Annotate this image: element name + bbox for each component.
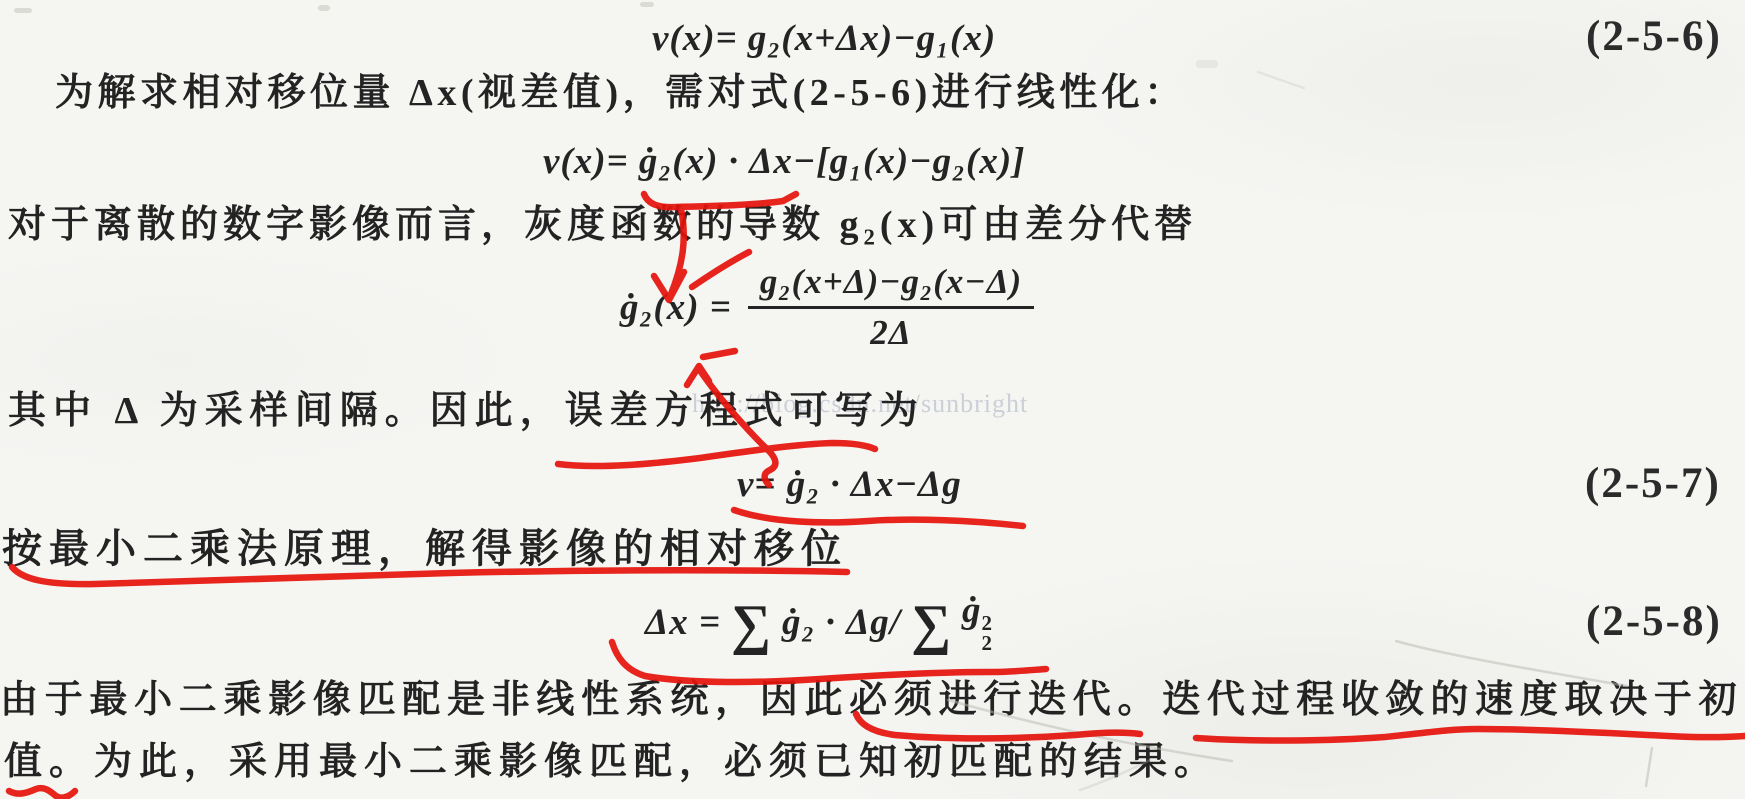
red-arrow-flick	[692, 252, 749, 287]
scanned-textbook-page: { "page": { "ink_color": "#242424", "red…	[0, 0, 1745, 799]
red-underline-least-squares-line	[12, 567, 847, 584]
red-arrow-diagonal	[699, 369, 775, 485]
red-underline-initial-value-char	[9, 788, 75, 798]
red-underline-convergence-speed	[1196, 729, 1745, 741]
scan-speckle	[318, 5, 330, 11]
red-pen-annotation-layer	[0, 0, 1745, 799]
red-underline-error-equation-text	[558, 443, 875, 466]
scan-speckle	[1196, 60, 1218, 68]
red-dash-under-g2dot	[703, 351, 735, 357]
scan-speckle	[640, 2, 654, 7]
red-underline-must-iterate	[856, 714, 1140, 738]
red-arrowhead-down	[654, 272, 684, 300]
red-underline-equation-2-5-7	[734, 510, 1023, 526]
red-underline-g2dot-term	[644, 194, 796, 207]
scan-speckle	[14, 8, 32, 13]
red-underline-equation-2-5-8	[612, 642, 1046, 682]
